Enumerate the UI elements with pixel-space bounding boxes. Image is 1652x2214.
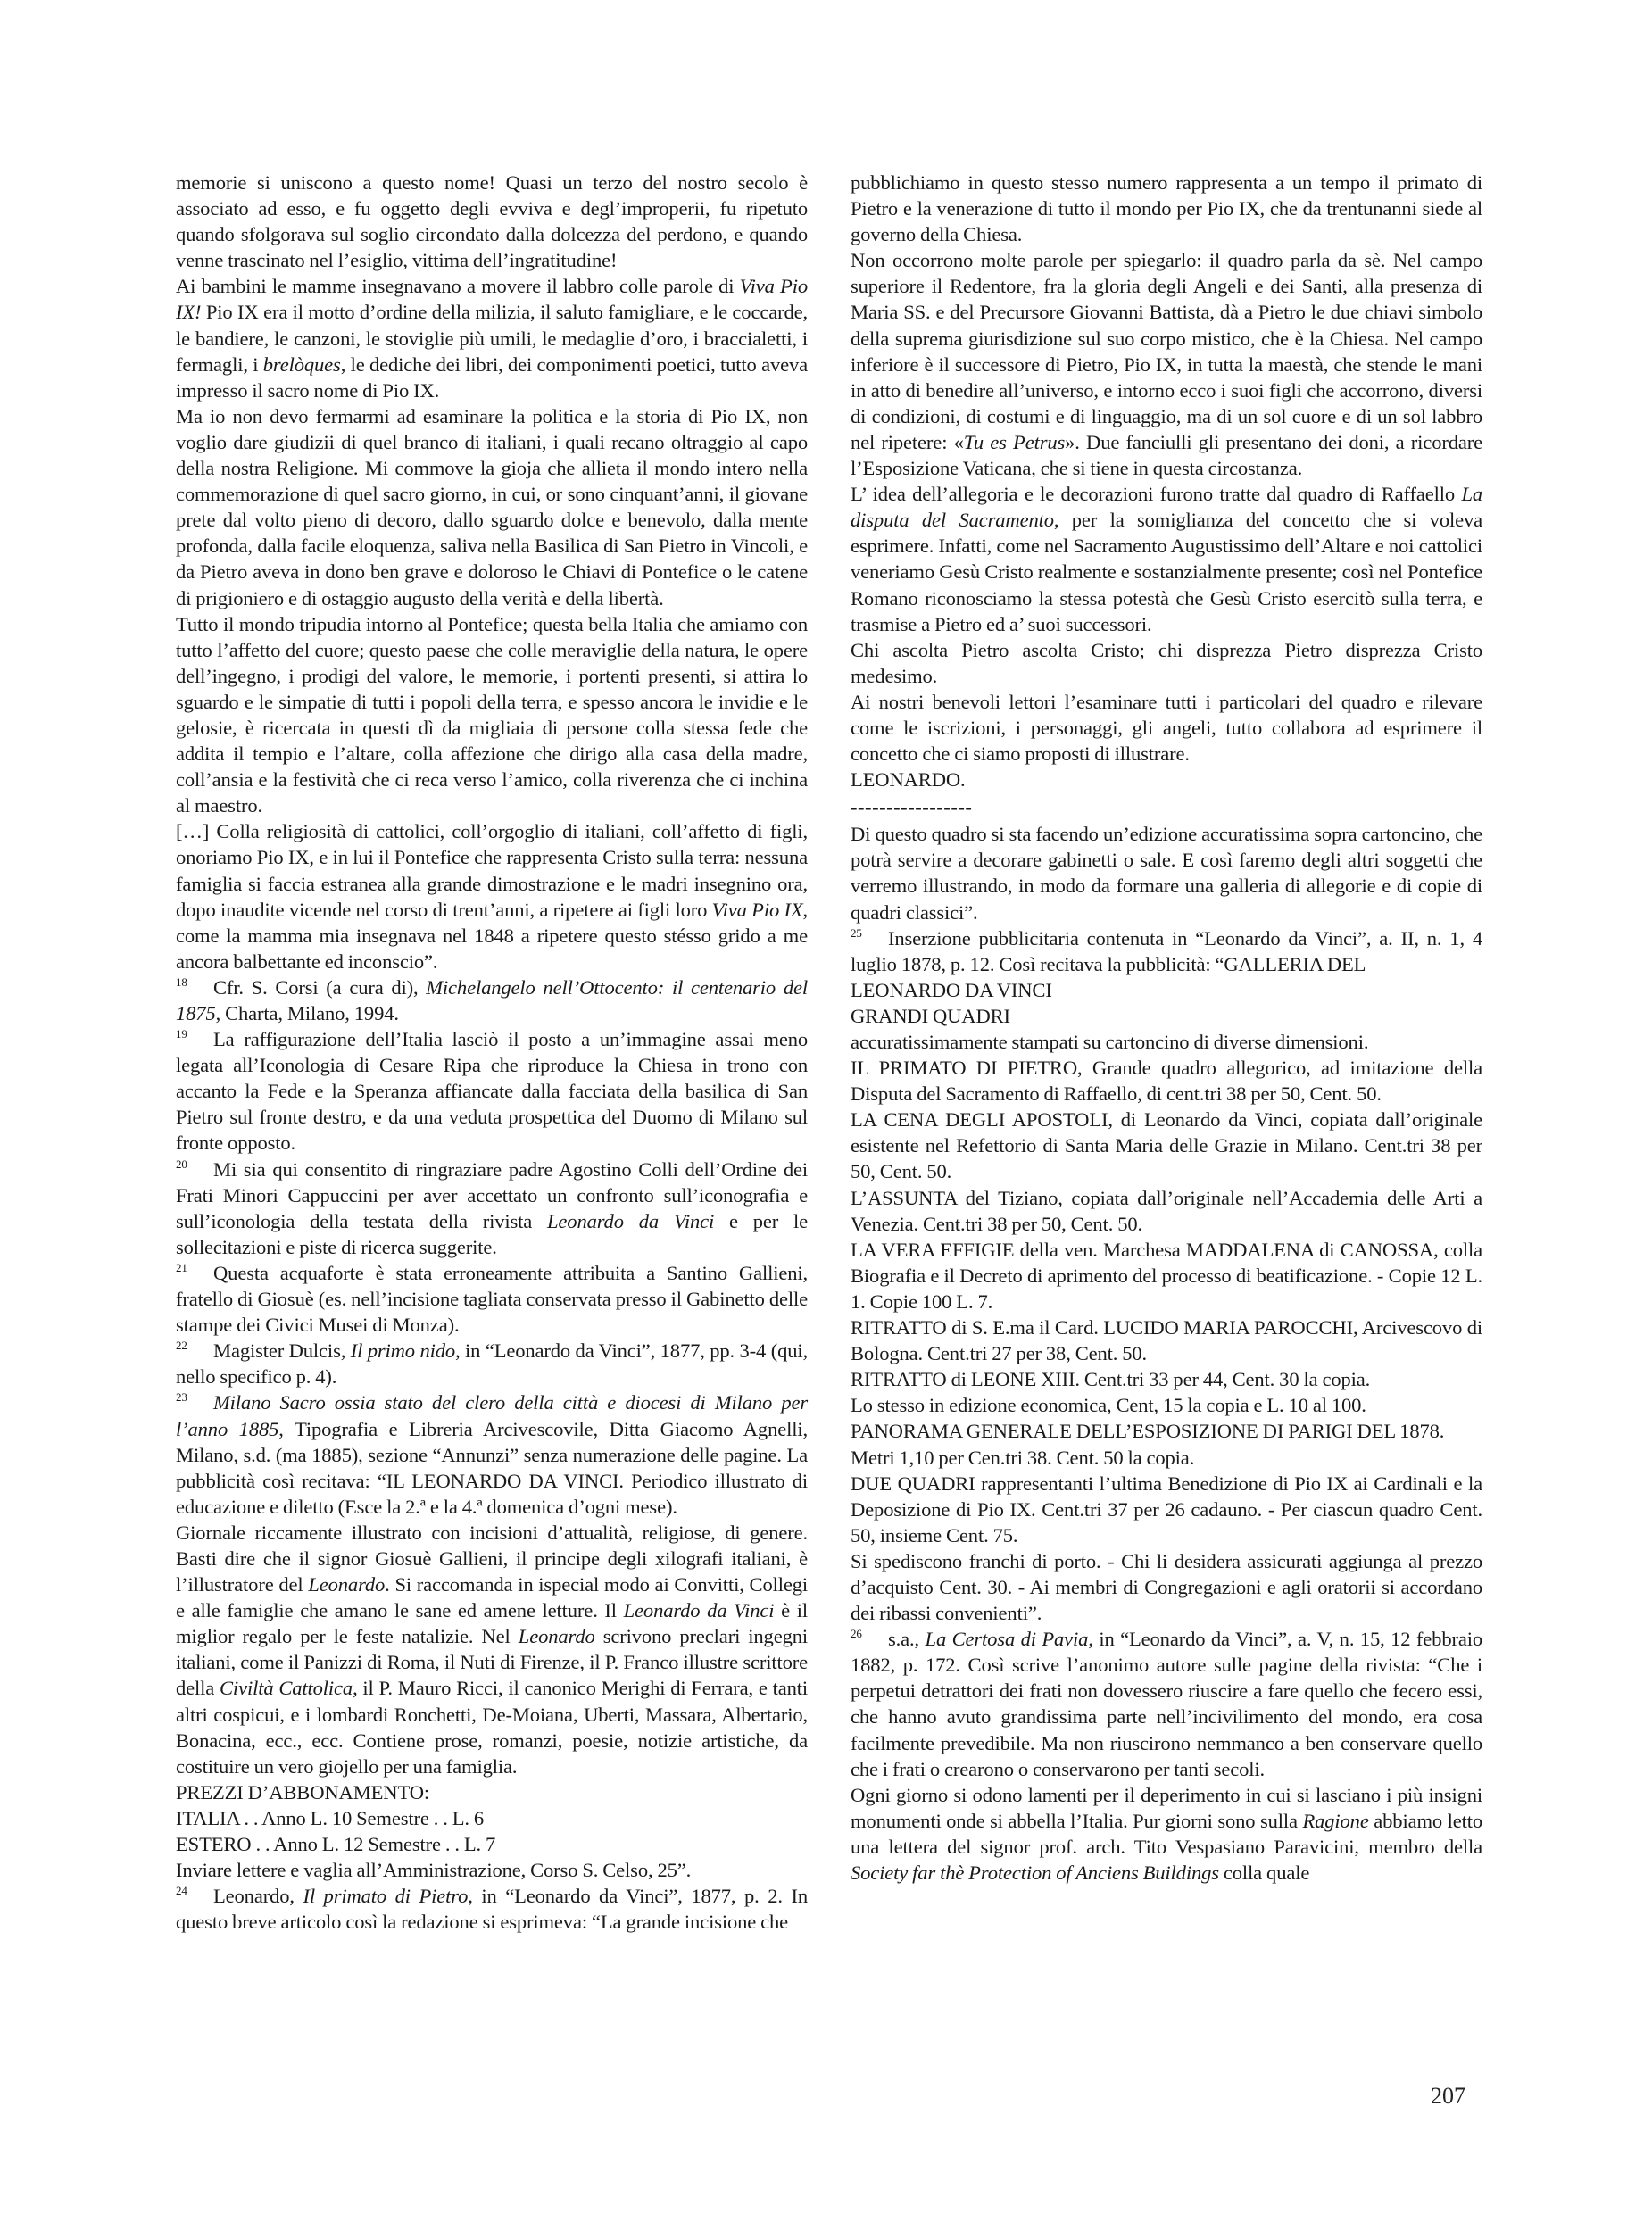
italic-text: Tu es Petrus: [964, 431, 1065, 453]
ad-item: IL PRIMATO DI PIETRO, Grande quadro alle…: [851, 1055, 1482, 1107]
footnote-number: 23: [176, 1389, 213, 1406]
footnote-21: 21Questa acquaforte è stata erroneamente…: [176, 1260, 808, 1338]
paragraph-text: pubblichiamo in questo stesso numero rap…: [851, 171, 1482, 245]
ad-item-text: DUE QUADRI rappresentanti l’ultima Bened…: [851, 1472, 1482, 1546]
paragraph-text: L’ idea dell’allegoria e le decorazioni …: [851, 483, 1461, 505]
footnote-text: Inserzione pubblicitaria contenuta in “L…: [851, 927, 1482, 975]
body-paragraph: L’ idea dell’allegoria e le decorazioni …: [851, 481, 1482, 637]
footnote-26: 26s.a., La Certosa di Pavia, in “Leonard…: [851, 1626, 1482, 1782]
footnote-text: , in “Leonardo da Vinci”, a. V, n. 15, 1…: [851, 1628, 1482, 1779]
left-column: memorie si uniscono a questo nome! Quasi…: [176, 170, 808, 1935]
paragraph-text: Di questo quadro si sta facendo un’edizi…: [851, 823, 1482, 923]
body-paragraph: Giornale riccamente illustrato con incis…: [176, 1520, 808, 1779]
italic-text: Viva Pio IX: [712, 899, 803, 921]
italic-title: La Certosa di Pavia: [926, 1628, 1089, 1650]
body-paragraph: pubblichiamo in questo stesso numero rap…: [851, 170, 1482, 247]
ad-heading-line: GRANDI QUADRI: [851, 1003, 1482, 1029]
body-paragraph: Ai bambini le mamme insegnavano a movere…: [176, 273, 808, 402]
body-paragraph: Ai nostri benevoli lettori l’esaminare t…: [851, 689, 1482, 767]
page-number: 207: [1431, 2083, 1465, 2110]
footnote-text: Cfr. S. Corsi (a cura di),: [213, 976, 426, 999]
paragraph-text: Ai bambini le mamme insegnavano a movere…: [176, 275, 740, 297]
footnote-number: 20: [176, 1157, 213, 1173]
paragraph-text: Non occorrono molte parole per spiegarlo…: [851, 249, 1482, 453]
ad-item-text: Lo stesso in edizione economica, Cent, 1…: [851, 1394, 1366, 1416]
ad-item: LA VERA EFFIGIE della ven. Marchesa MADD…: [851, 1237, 1482, 1314]
footnote-number: 26: [851, 1626, 888, 1642]
body-paragraph: […] Colla religiosità di cattolici, coll…: [176, 818, 808, 974]
body-paragraph: Di questo quadro si sta facendo un’edizi…: [851, 821, 1482, 925]
footnote-18: 18Cfr. S. Corsi (a cura di), Michelangel…: [176, 974, 808, 1026]
send-letters-line: Inviare lettere e vaglia all’Amministraz…: [176, 1857, 808, 1883]
paragraph-text: memorie si uniscono a questo nome! Quasi…: [176, 171, 808, 271]
paragraph-text: Ai nostri benevoli lettori l’esaminare t…: [851, 691, 1482, 765]
footnote-text: Questa acquaforte è stata erroneamente a…: [176, 1262, 808, 1336]
footnote-20: 20Mi sia qui consentito di ringraziare p…: [176, 1157, 808, 1260]
ad-item: PANORAMA GENERALE DELL’ESPOSIZIONE DI PA…: [851, 1418, 1482, 1444]
italic-text: brelòques: [263, 353, 341, 376]
ad-item-text: LA VERA EFFIGIE della ven. Marchesa MADD…: [851, 1239, 1482, 1313]
signature: LEONARDO.: [851, 767, 1482, 792]
italic-text: Leonardo da Vinci: [624, 1599, 775, 1621]
italic-text: Ragione: [1302, 1810, 1368, 1832]
ad-item-text: L’ASSUNTA del Tiziano, copiata dall’orig…: [851, 1187, 1482, 1235]
ad-item-text: Si spediscono franchi di porto. - Chi li…: [851, 1550, 1482, 1624]
ad-item-text: RITRATTO di LEONE XIII. Cent.tri 33 per …: [851, 1368, 1370, 1390]
ad-item-text: IL PRIMATO DI PIETRO, Grande quadro alle…: [851, 1057, 1482, 1105]
ad-heading-line: LEONARDO DA VINCI: [851, 977, 1482, 1003]
body-paragraph: Non occorrono molte parole per spiegarlo…: [851, 247, 1482, 481]
italic-text: Leonardo: [308, 1573, 385, 1596]
right-column: pubblichiamo in questo stesso numero rap…: [851, 170, 1482, 1886]
italic-text: Civiltà Cattolica: [220, 1677, 353, 1699]
italic-text: Leonardo: [519, 1625, 595, 1647]
separator-dashes: -----------------: [851, 798, 1482, 817]
ad-item-text: RITRATTO di S. E.ma il Card. LUCIDO MARI…: [851, 1316, 1482, 1364]
italic-text: Society far thè Protection of Anciens Bu…: [851, 1862, 1219, 1884]
footnote-text: , Charta, Milano, 1994.: [216, 1002, 399, 1024]
paragraph-text: Chi ascolta Pietro ascolta Cristo; chi d…: [851, 639, 1482, 687]
italic-title: Il primato di Pietro: [303, 1885, 468, 1907]
ad-item-text: LA CENA DEGLI APOSTOLI, di Leonardo da V…: [851, 1108, 1482, 1182]
paragraph-text: colla quale: [1219, 1862, 1309, 1884]
ad-item: RITRATTO di S. E.ma il Card. LUCIDO MARI…: [851, 1314, 1482, 1366]
footnote-text: s.a.,: [888, 1628, 926, 1650]
italic-title: Leonardo da Vinci: [547, 1210, 714, 1232]
ad-item: RITRATTO di LEONE XIII. Cent.tri 33 per …: [851, 1366, 1482, 1392]
footnote-19: 19La raffigurazione dell’Italia lasciò i…: [176, 1026, 808, 1156]
footnote-number: 21: [176, 1260, 213, 1276]
body-paragraph: Ma io non devo fermarmi ad esaminare la …: [176, 403, 808, 611]
footnote-number: 25: [851, 925, 888, 941]
footnote-number: 22: [176, 1338, 213, 1354]
ad-item: L’ASSUNTA del Tiziano, copiata dall’orig…: [851, 1185, 1482, 1237]
ad-subheading: accuratissimamente stampati su cartoncin…: [851, 1029, 1482, 1055]
ad-item-text: PANORAMA GENERALE DELL’ESPOSIZIONE DI PA…: [851, 1420, 1444, 1442]
footnote-text: La raffigurazione dell’Italia lasciò il …: [176, 1028, 808, 1154]
body-paragraph: Ogni giorno si odono lamenti per il depe…: [851, 1782, 1482, 1886]
ad-item: LA CENA DEGLI APOSTOLI, di Leonardo da V…: [851, 1107, 1482, 1184]
footnote-22: 22Magister Dulcis, Il primo nido, in “Le…: [176, 1338, 808, 1389]
italic-title: Il primo nido: [351, 1339, 455, 1362]
ad-item: Metri 1,10 per Cen.tri 38. Cent. 50 la c…: [851, 1445, 1482, 1471]
body-paragraph: Tutto il mondo tripudia intorno al Ponte…: [176, 611, 808, 819]
footnote-25: 25Inserzione pubblicitaria contenuta in …: [851, 925, 1482, 977]
footnote-23: 23Milano Sacro ossia stato del clero del…: [176, 1389, 808, 1519]
ad-item: Si spediscono franchi di porto. - Chi li…: [851, 1548, 1482, 1626]
ad-item: Lo stesso in edizione economica, Cent, 1…: [851, 1392, 1482, 1418]
price-estero: ESTERO . . Anno L. 12 Semestre . . L. 7: [176, 1831, 808, 1857]
footnote-number: 19: [176, 1026, 213, 1042]
footnote-number: 18: [176, 974, 213, 991]
footnote-24: 24Leonardo, Il primato di Pietro, in “Le…: [176, 1883, 808, 1935]
footnote-text: Magister Dulcis,: [213, 1339, 351, 1362]
ad-item-text: Metri 1,10 per Cen.tri 38. Cent. 50 la c…: [851, 1447, 1194, 1469]
paragraph-text: Tutto il mondo tripudia intorno al Ponte…: [176, 613, 808, 817]
prices-title: PREZZI D’ABBONAMENTO:: [176, 1779, 808, 1805]
price-italia: ITALIA . . Anno L. 10 Semestre . . L. 6: [176, 1805, 808, 1831]
footnote-number: 24: [176, 1883, 213, 1899]
body-paragraph: memorie si uniscono a questo nome! Quasi…: [176, 170, 808, 273]
document-page: memorie si uniscono a questo nome! Quasi…: [0, 0, 1652, 2214]
paragraph-text: Ma io non devo fermarmi ad esaminare la …: [176, 405, 808, 609]
footnote-text: Leonardo,: [213, 1885, 303, 1907]
ad-item: DUE QUADRI rappresentanti l’ultima Bened…: [851, 1471, 1482, 1548]
body-paragraph: Chi ascolta Pietro ascolta Cristo; chi d…: [851, 637, 1482, 689]
